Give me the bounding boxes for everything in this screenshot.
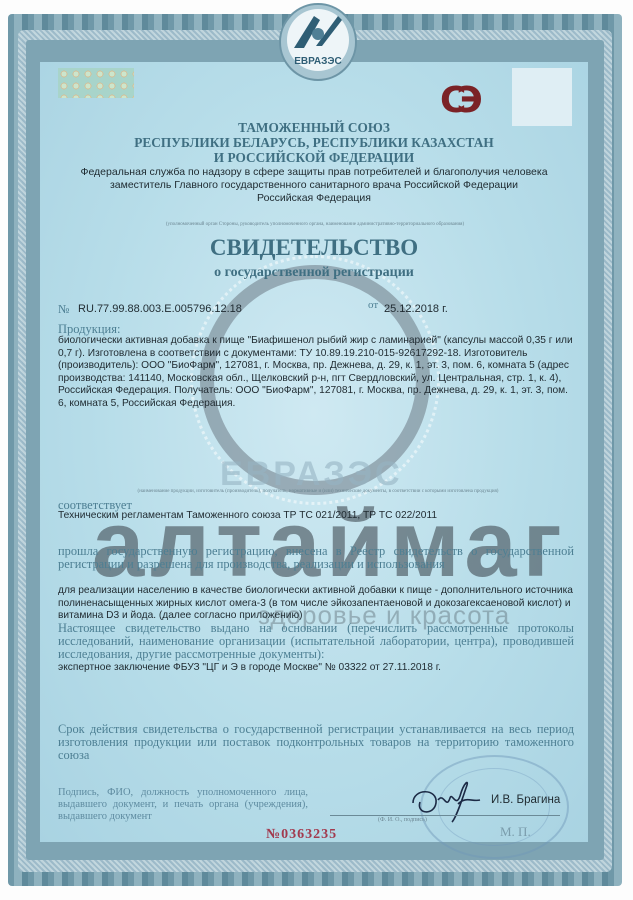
signature-caption: (Ф. И. О., подпись)	[378, 817, 427, 823]
authority-caption: (уполномоченный орган Стороны, руководит…	[80, 222, 550, 227]
seal-label: М. П.	[500, 824, 531, 840]
header-line-3: И РОССИЙСКОЙ ФЕДЕРАЦИИ	[40, 150, 588, 165]
registration-number: RU.77.99.88.003.Е.005796.12.18	[78, 303, 242, 315]
eurasec-emblem-icon: ЕВРАЗЭС	[258, 2, 378, 84]
usage-text: для реализации населению в качестве биол…	[58, 585, 574, 623]
signature-label: Подпись, ФИО, должность уполномоченного …	[58, 787, 308, 823]
form-serial-number: №0363235	[266, 827, 337, 843]
hologram-icon	[58, 68, 134, 98]
header-line-1: ТАМОЖЕННЫЙ СОЮЗ	[40, 120, 588, 135]
registration-status-label: прошла государственную регистрацию, внес…	[58, 545, 574, 571]
document-subtitle: о государственной регистрации	[40, 265, 588, 281]
eac-mark-icon: СЭ	[440, 80, 473, 121]
registration-date-label: от	[368, 299, 378, 311]
document-title: СВИДЕТЕЛЬСТВО	[40, 235, 588, 261]
product-caption: (наименование продукции, изготовитель (п…	[58, 489, 578, 494]
registration-date: 25.12.2018 г.	[384, 303, 448, 315]
signatory-name: И.В. Брагина	[491, 794, 560, 806]
basis-text: экспертное заключение ФБУЗ "ЦГ и Э в гор…	[58, 662, 574, 675]
authority-line-3: Российская Федерация	[40, 192, 588, 205]
basis-label: Настоящее свидетельство выдано на основа…	[58, 622, 574, 661]
blank-patch	[512, 68, 572, 126]
header-line-2: РЕСПУБЛИКИ БЕЛАРУСЬ, РЕСПУБЛИКИ КАЗАХСТА…	[40, 135, 588, 150]
authority-line-1: Федеральная служба по надзору в сфере за…	[40, 166, 588, 179]
signature-line	[330, 815, 560, 816]
svg-text:ЕВРАЗЭС: ЕВРАЗЭС	[294, 56, 342, 67]
authority-line-2: заместитель Главного государственного са…	[40, 179, 588, 192]
product-description: биологически активная добавка к пище "Би…	[58, 335, 574, 411]
registration-number-label: №	[58, 302, 69, 317]
conformity-text: Техническим регламентам Таможенного союз…	[58, 510, 574, 523]
